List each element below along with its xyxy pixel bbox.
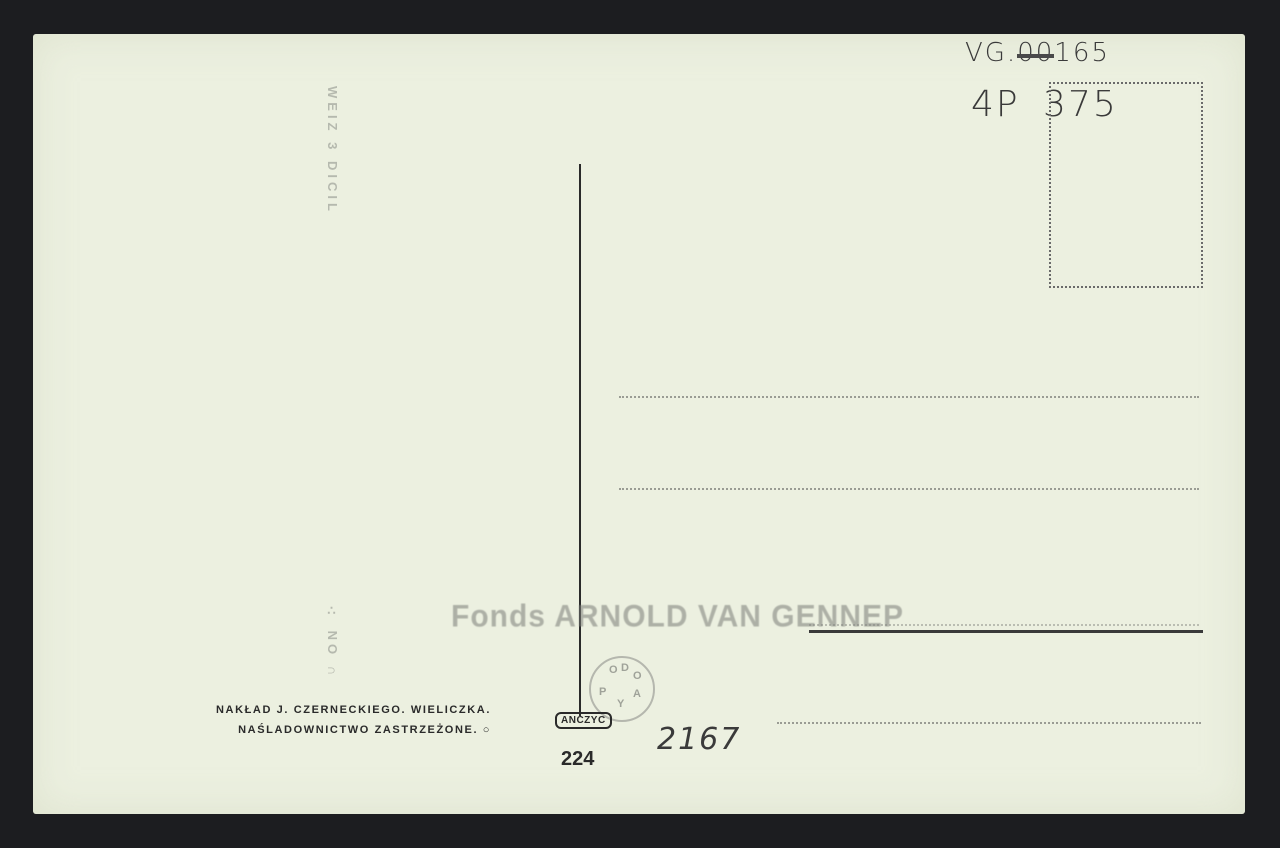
printer-logo-anczyc: ANCZYC	[555, 712, 612, 729]
publisher-line-1: NAKŁAD J. CZERNECKIEGO. WIELICZKA.	[197, 704, 491, 716]
card-number: 224	[561, 748, 594, 771]
stamp-placeholder-box	[1049, 82, 1203, 288]
postmark-letter: O	[633, 670, 642, 682]
postmark-letter: A	[633, 688, 641, 700]
postcard: WEIZ 3 DICIL ∴ NO ∩ VG.00165 4P 375 Fond…	[33, 34, 1245, 814]
postmark-letter: O	[609, 664, 618, 676]
address-line-4	[777, 722, 1201, 724]
address-line-1	[619, 396, 1199, 398]
publisher-line-2: NAŚLADOWNICTWO ZASTRZEŻONE. ○	[197, 724, 491, 736]
archive-fonds-stamp: Fonds ARNOLD VAN GENNEP	[451, 599, 904, 635]
handwritten-bottom-number: 2167	[657, 722, 741, 757]
inventory-prefix: VG.	[965, 38, 1017, 68]
faint-vertical-text-top: WEIZ 3 DICIL	[325, 86, 340, 246]
faint-vertical-text-bottom: ∴ NO ∩	[325, 604, 340, 784]
postmark-letter: D	[621, 662, 629, 674]
struck-digits: 00	[1017, 38, 1054, 68]
inventory-suffix: 165	[1054, 38, 1110, 68]
address-line-2	[619, 488, 1199, 490]
handwritten-inventory-number: VG.00165	[965, 38, 1110, 68]
postmark-letter: P	[599, 686, 606, 698]
postmark-letter: Y	[617, 698, 624, 710]
